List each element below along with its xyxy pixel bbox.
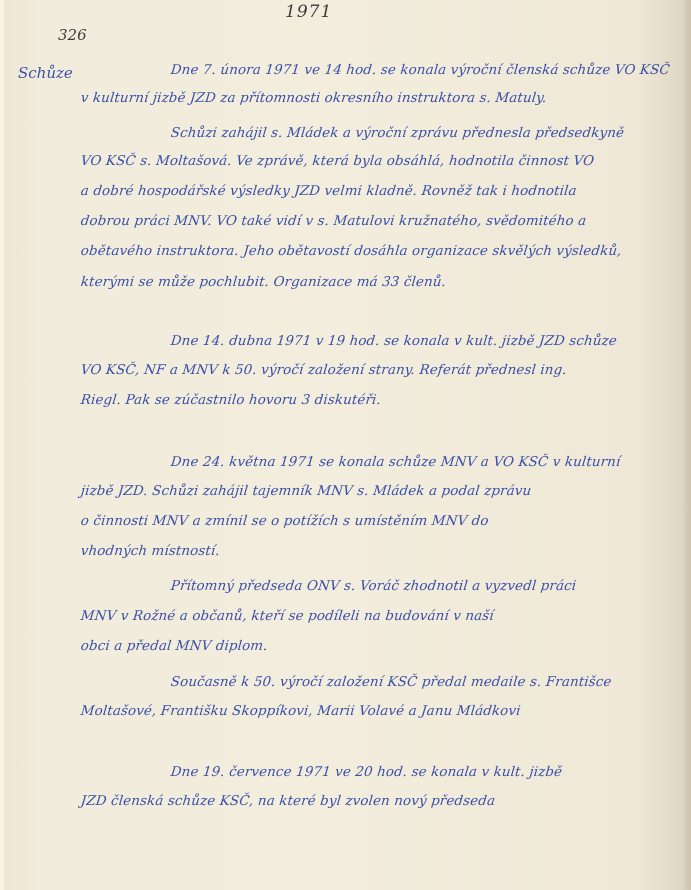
text-line: JZD členská schůze KSČ, na které byl zvo… [80, 794, 496, 809]
text-line: Moltašové, Františku Skoppíkovi, Marii V… [80, 704, 521, 719]
margin-label: Schůze [18, 64, 73, 82]
page-number: 326 [58, 26, 87, 44]
text-line: VO KSČ s. Moltašová. Ve zprávě, která by… [80, 154, 595, 169]
text-line: a dobré hospodářské výsledky JZD velmi k… [80, 184, 577, 199]
text-line: obci a předal MNV diplom. [80, 639, 268, 654]
text-line: VO KSČ, NF a MNV k 50. výročí založení s… [80, 363, 567, 378]
text-line: MNV v Rožné a občanů, kteří se podíleli … [80, 609, 494, 624]
text-line: Přítomný předseda ONV s. Voráč zhodnotil… [170, 579, 577, 594]
text-line: dobrou práci MNV. VO také vidí v s. Matu… [80, 214, 587, 229]
text-line: Dne 7. února 1971 ve 14 hod. se konala v… [170, 63, 671, 78]
text-line: vhodných místností. [80, 544, 221, 559]
text-line: Dne 14. dubna 1971 v 19 hod. se konala v… [170, 334, 618, 349]
text-line: jizbě JZD. Schůzi zahájil tajemník MNV s… [80, 484, 532, 499]
text-line: Riegl. Pak se zúčastnilo hovoru 3 diskut… [80, 393, 382, 408]
text-line: obětavého instruktora. Jeho obětavostí d… [80, 244, 622, 259]
chronicle-page: 1971 326 Schůze Dne 7. února 1971 ve 14 … [0, 0, 691, 890]
text-line: o činnosti MNV a zmínil se o potížích s … [80, 514, 489, 529]
text-line: v kulturní jizbě JZD za přítomnosti okre… [80, 91, 547, 106]
text-line: Schůzi zahájil s. Mládek a výroční zpráv… [170, 126, 625, 141]
text-line: Dne 24. května 1971 se konala schůze MNV… [170, 455, 621, 470]
text-line: Současně k 50. výročí založení KSČ předa… [170, 675, 612, 690]
text-line: Dne 19. července 1971 ve 20 hod. se kona… [170, 765, 563, 780]
text-line: kterými se může pochlubit. Organizace má… [80, 275, 447, 290]
year-heading: 1971 [285, 2, 332, 22]
